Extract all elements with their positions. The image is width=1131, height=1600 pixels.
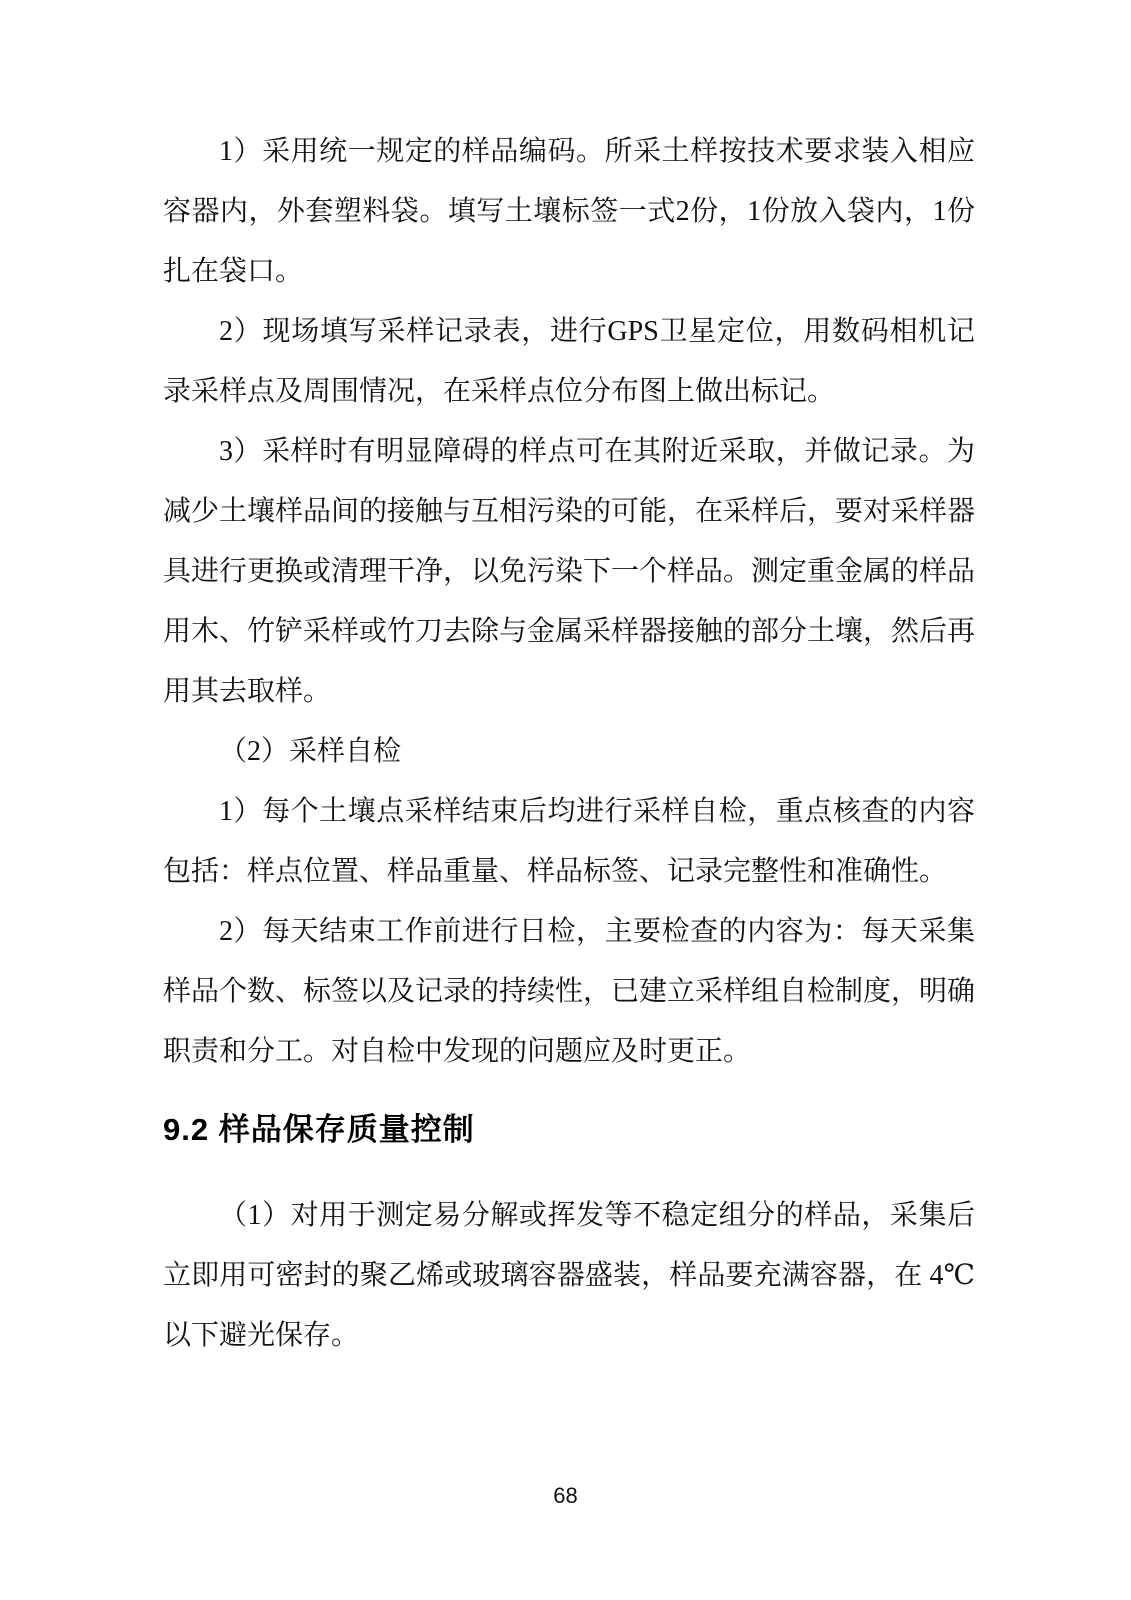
paragraph-daily-check: 2）每天结束工作前进行日检，主要检查的内容为：每天采集样品个数、标签以及记录的持… [163,902,975,1082]
paragraph-storage-unstable-samples: （1）对用于测定易分解或挥发等不稳定组分的样品，采集后立即用可密封的聚乙烯或玻璃… [163,1186,975,1366]
paragraph-sampling-record: 2）现场填写采样记录表，进行GPS卫星定位，用数码相机记录采样点及周围情况，在采… [163,302,975,422]
document-page: 1）采用统一规定的样品编码。所采土样按技术要求装入相应容器内，外套塑料袋。填写土… [0,0,1131,1600]
paragraph-self-check-items: 1）每个土壤点采样结束后均进行采样自检，重点核查的内容包括：样点位置、样品重量、… [163,782,975,902]
page-content: 1）采用统一规定的样品编码。所采土样按技术要求装入相应容器内，外套塑料袋。填写土… [163,122,975,1366]
section-heading-9-2: 9.2 样品保存质量控制 [163,1108,975,1152]
page-number: 68 [0,1482,1131,1510]
paragraph-self-check-title: （2）采样自检 [163,722,975,782]
paragraph-obstacle-sampling: 3）采样时有明显障碍的样点可在其附近采取，并做记录。为减少土壤样品间的接触与互相… [163,422,975,722]
paragraph-sample-coding: 1）采用统一规定的样品编码。所采土样按技术要求装入相应容器内，外套塑料袋。填写土… [163,122,975,302]
